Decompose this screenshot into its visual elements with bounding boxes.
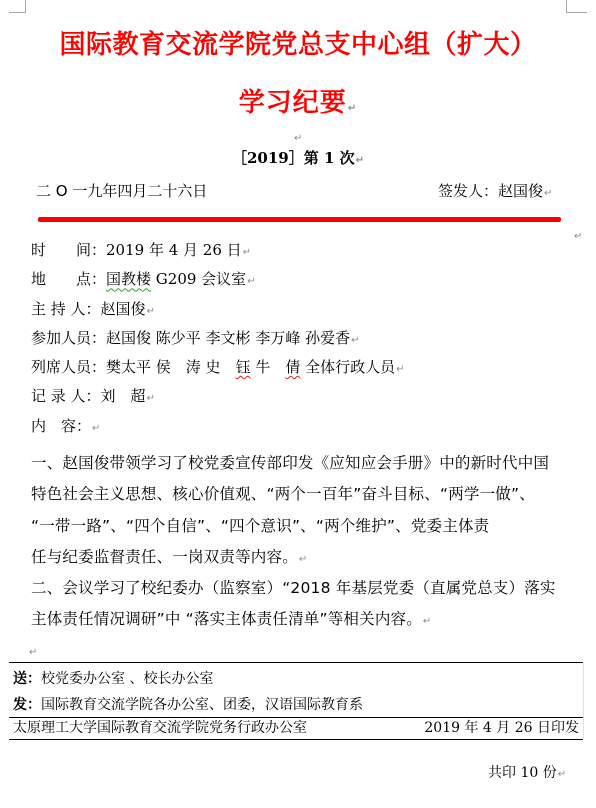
meta-label: 列席人员： bbox=[31, 353, 106, 382]
body-line: 二、会议学习了校纪委办（监察室）“2018 年基层党委（直属党总支）落实 bbox=[31, 573, 571, 604]
paragraph-mark-icon: ↵ bbox=[294, 133, 302, 144]
paragraph-mark-icon: ↵ bbox=[29, 647, 37, 658]
body-text: 主体责任情况调研”中 “落实主体责任清单”等相关内容。 bbox=[31, 610, 422, 628]
meta-value: 2019 年 4 月 26 日 bbox=[106, 241, 242, 259]
empty-paragraph: ↵ bbox=[262, 126, 302, 145]
send-label: 送： bbox=[13, 671, 41, 687]
meta-observers: 列席人员：樊太平 侯 涛 史 钰 牛 倩 全体行政人员↵ bbox=[31, 353, 405, 382]
meta-label: 记 录 人： bbox=[31, 382, 101, 411]
meta-value: 赵国俊 陈少平 李文彬 李万峰 孙爱香 bbox=[106, 329, 350, 347]
paragraph-mark-icon: ↵ bbox=[423, 616, 432, 627]
paragraph-mark-icon: ↵ bbox=[351, 335, 359, 346]
meta-value: G209 会议室 bbox=[151, 270, 246, 288]
title-text: 学习纪要 bbox=[239, 88, 347, 118]
meta-value: 全体行政人员 bbox=[300, 358, 395, 376]
document-title-line2: 学习纪要↵ bbox=[0, 82, 596, 119]
signer-text: 签发人：赵国俊 bbox=[438, 182, 543, 200]
document-number-text: ［2019］第 1 次 bbox=[232, 149, 355, 167]
paragraph-mark-icon: ↵ bbox=[574, 231, 582, 242]
meta-label: 时 间： bbox=[31, 236, 106, 265]
paragraph-mark-icon: ↵ bbox=[348, 103, 357, 114]
paragraph-mark-icon: ↵ bbox=[243, 247, 251, 258]
meta-value-flagged: 倩 bbox=[285, 358, 300, 376]
meta-host: 主 持 人：赵国俊↵ bbox=[31, 295, 405, 324]
issue-date-chinese: 二 O 一九年四月二十六日 bbox=[36, 180, 207, 201]
issue-label: 发： bbox=[13, 697, 41, 713]
copies-text: 共印 10 份 bbox=[488, 765, 557, 781]
meta-value: 樊太平 侯 涛 史 bbox=[106, 358, 236, 376]
document-title-line1: 国际教育交流学院党总支中心组（扩大） bbox=[0, 24, 596, 61]
meta-value-flagged: 国教楼 bbox=[106, 270, 151, 288]
copies-count: 共印 10 份↵ bbox=[488, 762, 566, 782]
body-line: 特色社会主义思想、核心价值观、“两个一百年”奋斗目标、“两学一做”、 bbox=[31, 479, 571, 510]
paragraph-mark-icon: ↵ bbox=[147, 393, 155, 404]
minutes-body: 一、赵国俊带领学习了校党委宣传部印发《应知应会手册》中的新时代中国 特色社会主义… bbox=[31, 448, 571, 636]
body-line: “一带一路”、“四个自信”、“四个意识”、“两个维护”、党委主体责 bbox=[31, 511, 571, 542]
meeting-meta: 时 间：2019 年 4 月 26 日↵ 地 点：国教楼 G209 会议室↵ 主… bbox=[31, 236, 405, 441]
signer: 签发人：赵国俊↵ bbox=[438, 180, 552, 201]
meta-place: 地 点：国教楼 G209 会议室↵ bbox=[31, 265, 405, 294]
issue-to-row: 发：国际教育交流学院各办公室、团委，汉语国际教育系 bbox=[9, 692, 583, 717]
document-number: ［2019］第 1 次↵ bbox=[0, 147, 596, 168]
meta-label: 内 容： bbox=[31, 412, 91, 441]
meta-attendees: 参加人员：赵国俊 陈少平 李文彬 李万峰 孙爱香↵ bbox=[31, 324, 405, 353]
send-value: 校党委办公室 、校长办公室 bbox=[41, 671, 213, 687]
red-header-divider bbox=[38, 217, 561, 222]
paragraph-mark-icon: ↵ bbox=[247, 276, 255, 287]
distribution-table: 送：校党委办公室 、校长办公室 发：国际教育交流学院各办公室、团委，汉语国际教育… bbox=[9, 662, 583, 740]
page-corner-mark-right bbox=[566, 0, 587, 13]
paragraph-mark-icon: ↵ bbox=[147, 306, 155, 317]
empty-paragraph: ↵ bbox=[28, 640, 37, 659]
body-line: 主体责任情况调研”中 “落实主体责任清单”等相关内容。↵ bbox=[31, 604, 571, 635]
meta-label: 地 点： bbox=[31, 265, 106, 294]
printer-row: 太原理工大学国际教育交流学院党务行政办公室 2019 年 4 月 26 日印发 bbox=[9, 718, 583, 739]
paragraph-mark-icon: ↵ bbox=[396, 364, 404, 375]
meta-value: 刘 超 bbox=[101, 387, 146, 405]
paragraph-mark-icon: ↵ bbox=[299, 554, 308, 565]
meta-time: 时 间：2019 年 4 月 26 日↵ bbox=[31, 236, 405, 265]
body-text: 任与纪委监督责任、一岗双责等内容。 bbox=[31, 548, 298, 566]
meta-value: 赵国俊 bbox=[101, 300, 146, 318]
meta-value-flagged: 钰 bbox=[236, 358, 251, 376]
page-corner-mark-left bbox=[9, 0, 26, 13]
paragraph-mark-icon: ↵ bbox=[356, 155, 364, 166]
paragraph-mark-icon: ↵ bbox=[544, 188, 552, 199]
meta-value: 牛 bbox=[251, 358, 286, 376]
meta-recorder: 记 录 人：刘 超↵ bbox=[31, 382, 405, 411]
empty-paragraph: ↵ bbox=[573, 224, 582, 243]
paragraph-mark-icon: ↵ bbox=[558, 769, 566, 780]
printer-office: 太原理工大学国际教育交流学院党务行政办公室 bbox=[13, 718, 307, 739]
issue-value: 国际教育交流学院各办公室、团委，汉语国际教育系 bbox=[41, 697, 363, 713]
title-text: 国际教育交流学院党总支中心组（扩大） bbox=[59, 30, 536, 60]
meta-label: 参加人员： bbox=[31, 324, 106, 353]
meta-content: 内 容：↵ bbox=[31, 412, 405, 441]
body-line: 任与纪委监督责任、一岗双责等内容。↵ bbox=[31, 542, 571, 573]
body-line: 一、赵国俊带领学习了校党委宣传部印发《应知应会手册》中的新时代中国 bbox=[31, 448, 571, 479]
send-to-row: 送：校党委办公室 、校长办公室 bbox=[9, 663, 583, 692]
paragraph-mark-icon: ↵ bbox=[92, 423, 100, 434]
print-date: 2019 年 4 月 26 日印发 bbox=[424, 718, 579, 739]
table-right-border bbox=[583, 663, 584, 739]
meta-label: 主 持 人： bbox=[31, 295, 101, 324]
